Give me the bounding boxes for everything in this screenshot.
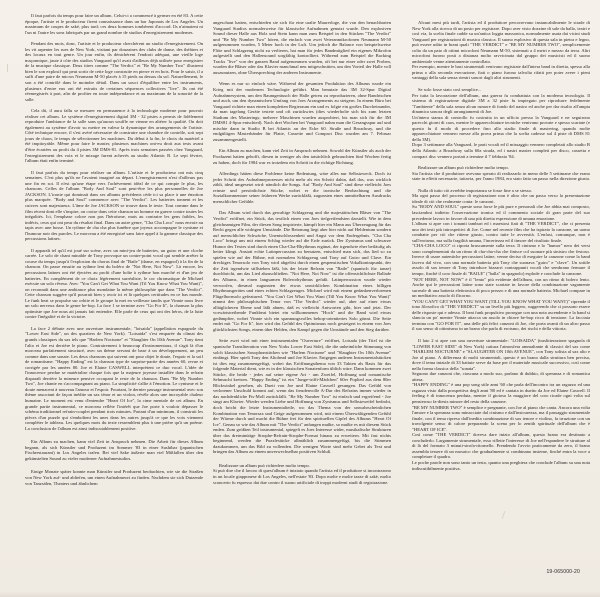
paragraph-fr-4: Il faut parfois du temps pour réaliser u… — [25, 170, 203, 242]
crease-mark — [7, 64, 8, 72]
paragraph-fr-3: Cela dit, il aura fallu se mesurer en pe… — [25, 108, 203, 163]
paragraph-de-1: Ein Album zu machen, kann viel Zeit in A… — [25, 439, 203, 461]
paragraph-it-2: Si può dire che il lavoro di quest'album… — [213, 468, 391, 485]
paragraph-it-21: "BE MY NUMBER TWO" è semplice e pregnant… — [412, 405, 590, 433]
paragraph-de-6: Allerdings hätten diese Probleme keine B… — [213, 171, 391, 204]
paragraph-de-8: Seite zwei wird mit einer instrumentalen… — [213, 338, 391, 454]
paragraph-de-5: Ein Album zu machen, kann viel Zeit in A… — [213, 148, 391, 165]
paragraph-fr-1: Il faut parfois du temps pour faire un a… — [25, 13, 203, 35]
paragraph-it-22: Così come "THE VERDICT" doveva dare iniz… — [412, 432, 590, 460]
paragraph-it-3: Alcuni mesi più tardi, l'artista ed il p… — [412, 20, 590, 64]
paragraph-de-4: Wenn es nur so einfach wäre. Während der… — [213, 81, 391, 142]
paragraph-it-15: "CHA-CHA LOCO" ci riporta bruscamente su… — [412, 243, 590, 276]
paragraph-it-23: Le poche parole non sono tanto un testo,… — [412, 460, 590, 471]
paragraph-de-2: Einige Monate später konnte man Künstler… — [25, 469, 203, 486]
paragraph-de-7: Das Album wird durch das gewaltige Schla… — [213, 210, 391, 332]
paragraph-it-12: Ma ogni passo del processo di registrazi… — [412, 193, 590, 204]
column-right: Alcuni mesi più tardi, l'artista ed il p… — [412, 20, 590, 471]
catalog-number: 19-065000-20 — [546, 569, 580, 575]
paragraph-it-17: "YOU CAN'T GET WHAT YOU WANT (TILL YOU K… — [412, 299, 590, 332]
paragraph-fr-6: La face 2 débute avec une ouverture inst… — [25, 326, 203, 431]
paragraph-it-7: Un'intera stanza di controllo fu costrui… — [412, 115, 590, 143]
paragraph-it-6: Per tutta la lavorazione dell'album, una… — [412, 93, 590, 115]
paragraph-it-10: Sia l'artista che il produttore avevano … — [412, 171, 590, 182]
paragraph-fr-2: Pendant des mois, donc, l'artiste et le … — [25, 41, 203, 102]
paragraph-it-19: Seguono due canzoni che, ciascuna a modo… — [412, 371, 590, 382]
column-middle: angeschaut hatten, entschieden sie sich … — [213, 20, 391, 485]
paragraph-de-3: angeschaut hatten, entschieden sie sich … — [213, 20, 391, 75]
paragraph-it-16: "NOT HERE, NOT NOW" è il "lento" più evi… — [412, 277, 590, 299]
paragraph-it-20: "HAPPY ENDING" è una pop song stile anni… — [412, 382, 590, 404]
paragraph-fr-5: Il apparaît tel qu'il est joué sur scène… — [25, 248, 203, 320]
liner-notes-page: Il faut parfois du temps pour faire un a… — [0, 0, 600, 597]
column-left: Il faut parfois du temps pour faire un a… — [25, 13, 203, 492]
paragraph-it-13: Su "BODY AND SOUL" queste sono forse le … — [412, 204, 590, 221]
paragraph-it-4: Per esempio, mentre le basi strumentali … — [412, 64, 590, 81]
crease-mark — [502, 511, 506, 519]
page-edge-shadow — [0, 591, 600, 597]
paragraph-it-8: Dopo 3 settimane alla Vanguard, le parti… — [412, 142, 590, 159]
paragraph-it-18: Il lato 2 si apre con una ouverture stru… — [412, 338, 590, 371]
paragraph-it-14: L'album si apre con i tonanti tamburi ed… — [412, 221, 590, 243]
